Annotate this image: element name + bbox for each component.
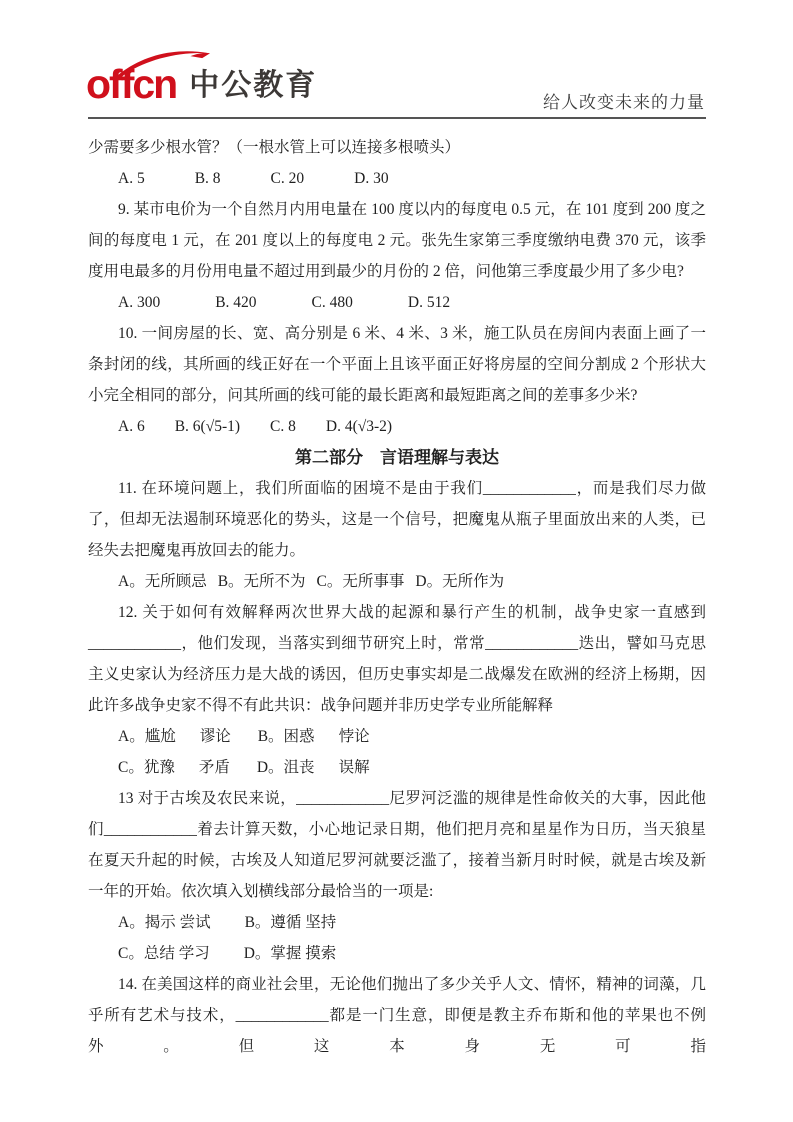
option-a: A。尴尬 谬论 [118, 721, 231, 752]
option-d: D。掌握 摸索 [244, 938, 337, 969]
logo-swoosh-icon [114, 47, 212, 79]
q12-options-row-1: A。尴尬 谬论 B。困惑 悖论 [88, 721, 706, 752]
question-9: 9. 某市电价为一个自然月内用电量在 100 度以内的每度电 0.5 元，在 1… [88, 194, 706, 287]
option-a: A。揭示 尝试 [118, 907, 211, 938]
question-12: 12. 关于如何有效解释两次世界大战的起源和暴行产生的机制，战争史家一直感到__… [88, 597, 706, 721]
option-c: C。犹豫 矛盾 [118, 752, 230, 783]
option-label: A。尴尬 [118, 721, 176, 752]
option-b: B。遵循 坚持 [245, 907, 337, 938]
option-c: C。无所事事 [317, 566, 405, 597]
q11-options: A。无所顾忌 B。无所不为 C。无所事事 D。无所作为 [88, 566, 706, 597]
question-11: 11. 在环境问题上，我们所面临的困境不是由于我们____________，而是… [88, 473, 706, 566]
logo-mark: offcn [86, 50, 176, 103]
option-c: C. 480 [312, 287, 353, 318]
option-label: B。困惑 [258, 721, 315, 752]
option-word: 矛盾 [199, 752, 230, 783]
option-a: A. 5 [118, 163, 145, 194]
option-word: 误解 [339, 752, 370, 783]
q13-options-row-2: C。总结 学习 D。掌握 摸索 [88, 938, 706, 969]
option-b: B. 8 [195, 163, 221, 194]
document-content: 少需要多少根水管？（一根水管上可以连接多根喷头） A. 5 B. 8 C. 20… [88, 132, 706, 1062]
option-word: 谬论 [200, 721, 231, 752]
option-d: D。沮丧 误解 [257, 752, 370, 783]
section-title: 第二部分 言语理解与表达 [88, 442, 706, 473]
q8-options: A. 5 B. 8 C. 20 D. 30 [88, 163, 706, 194]
document-page: offcn 中公教育 给人改变未来的力量 少需要多少根水管？（一根水管上可以连接… [0, 0, 793, 1122]
carryover-paragraph: 少需要多少根水管？（一根水管上可以连接多根喷头） [88, 132, 706, 163]
q10-options: A. 6 B. 6(√5-1) C. 8 D. 4(√3-2) [88, 411, 706, 442]
option-c: C. 8 [270, 411, 296, 442]
option-a: A. 300 [118, 287, 160, 318]
option-a: A. 6 [118, 411, 145, 442]
header-rule [88, 117, 706, 119]
option-c: C。总结 学习 [118, 938, 210, 969]
option-b: B. 6(√5-1) [175, 411, 240, 442]
q13-options-row-1: A。揭示 尝试 B。遵循 坚持 [88, 907, 706, 938]
q12-options-row-2: C。犹豫 矛盾 D。沮丧 误解 [88, 752, 706, 783]
option-a: A。无所顾忌 [118, 566, 207, 597]
option-b: B。无所不为 [218, 566, 306, 597]
option-d: D。无所作为 [415, 566, 504, 597]
brand-tagline: 给人改变未来的力量 [543, 88, 705, 113]
option-word: 悖论 [339, 721, 370, 752]
brand-logo: offcn 中公教育 [86, 50, 317, 103]
option-c: C. 20 [271, 163, 305, 194]
question-14: 14. 在美国这样的商业社会里，无论他们抛出了多少关乎人文、情怀，精神的词藻，几… [88, 969, 706, 1062]
option-d: D. 30 [354, 163, 388, 194]
option-d: D. 4(√3-2) [326, 411, 392, 442]
option-label: C。犹豫 [118, 752, 175, 783]
question-10: 10. 一间房屋的长、宽、高分别是 6 米、4 米、3 米，施工队员在房间内表面… [88, 318, 706, 411]
option-b: B. 420 [215, 287, 256, 318]
option-label: D。沮丧 [257, 752, 315, 783]
q9-options: A. 300 B. 420 C. 480 D. 512 [88, 287, 706, 318]
question-13: 13 对于古埃及农民来说，____________尼罗河泛滥的规律是性命攸关的大… [88, 783, 706, 907]
option-d: D. 512 [408, 287, 450, 318]
option-b: B。困惑 悖论 [258, 721, 370, 752]
